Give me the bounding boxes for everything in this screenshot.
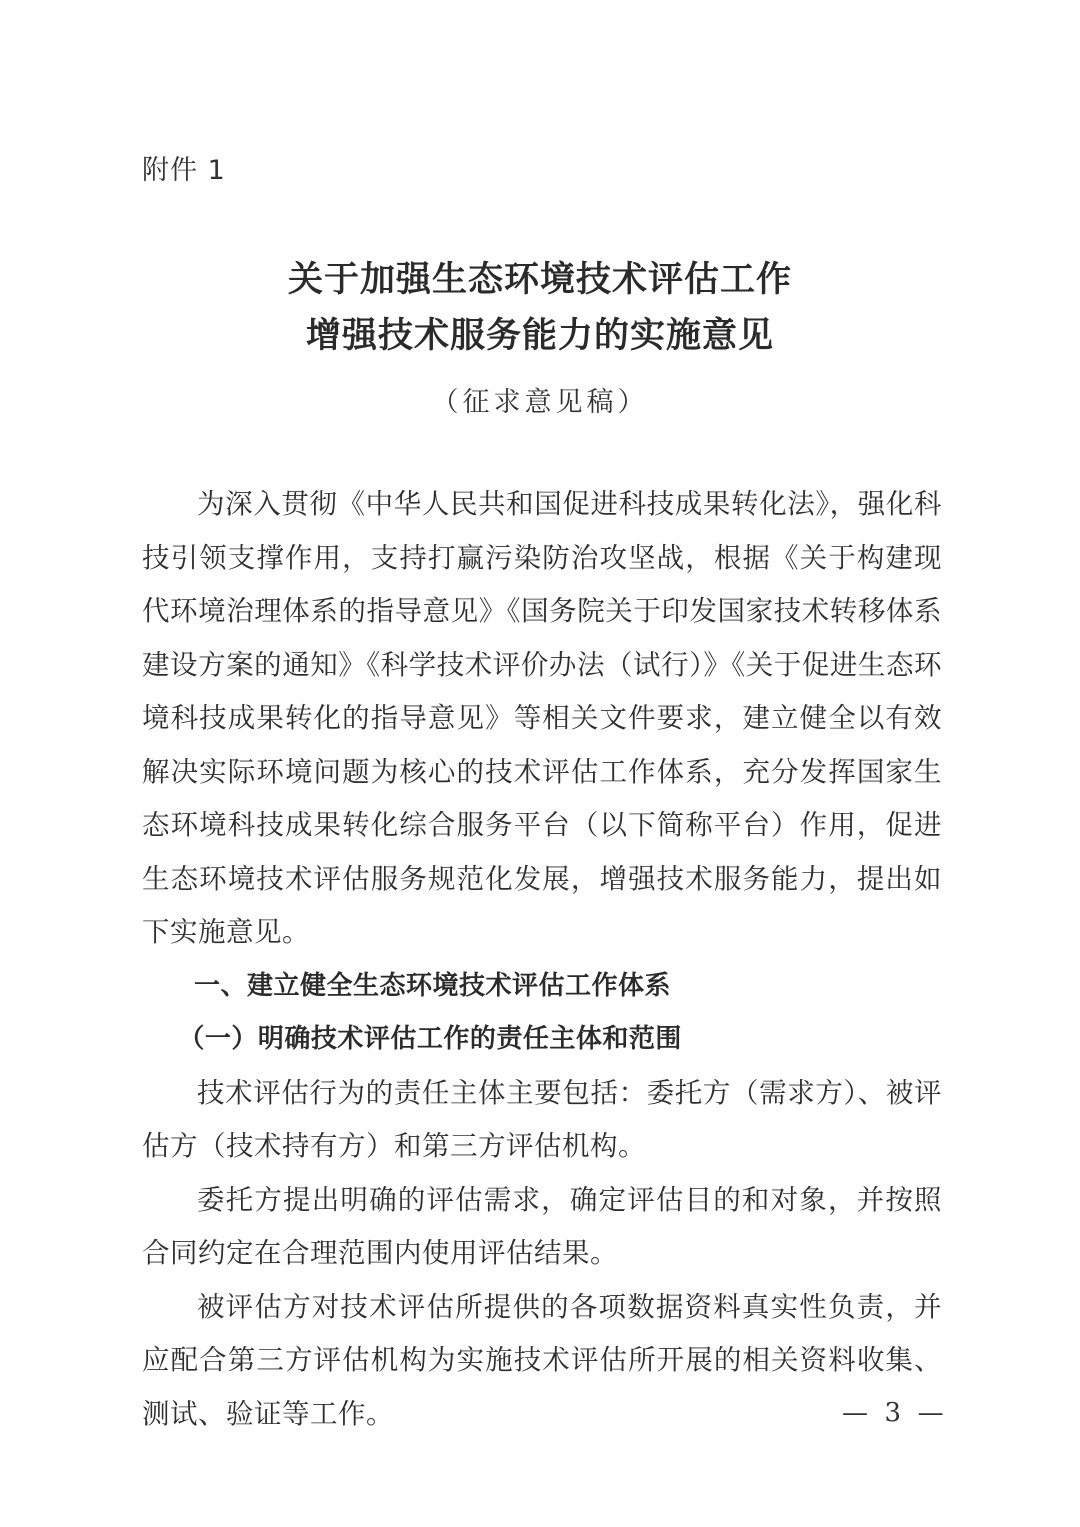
subsection-heading-1: （一）明确技术评估工作的责任主体和范围 [142, 1013, 942, 1067]
body-paragraph: 被评估方对技术评估所提供的各项数据资料真实性负责，并应配合第三方评估机构为实施技… [142, 1281, 942, 1442]
document-page: 附件 1 关于加强生态环境技术评估工作 增强技术服务能力的实施意见 （征求意见稿… [0, 0, 1080, 1527]
document-body: 为深入贯彻《中华人民共和国促进科技成果转化法》，强化科技引领支撑作用，支持打赢污… [142, 478, 942, 1441]
page-number: — 3 — [842, 1398, 942, 1428]
section-heading-1: 一、建立健全生态环境技术评估工作体系 [142, 960, 942, 1014]
intro-paragraph: 为深入贯彻《中华人民共和国促进科技成果转化法》，强化科技引领支撑作用，支持打赢污… [142, 478, 942, 960]
attachment-label: 附件 1 [142, 148, 226, 187]
body-paragraph: 技术评估行为的责任主体主要包括：委托方（需求方）、被评估方（技术持有方）和第三方… [142, 1067, 942, 1174]
document-title-line-1: 关于加强生态环境技术评估工作 [0, 252, 1080, 302]
document-title-line-2: 增强技术服务能力的实施意见 [0, 308, 1080, 358]
document-subtitle: （征求意见稿） [0, 380, 1080, 419]
body-paragraph: 委托方提出明确的评估需求，确定评估目的和对象，并按照合同约定在合理范围内使用评估… [142, 1174, 942, 1281]
